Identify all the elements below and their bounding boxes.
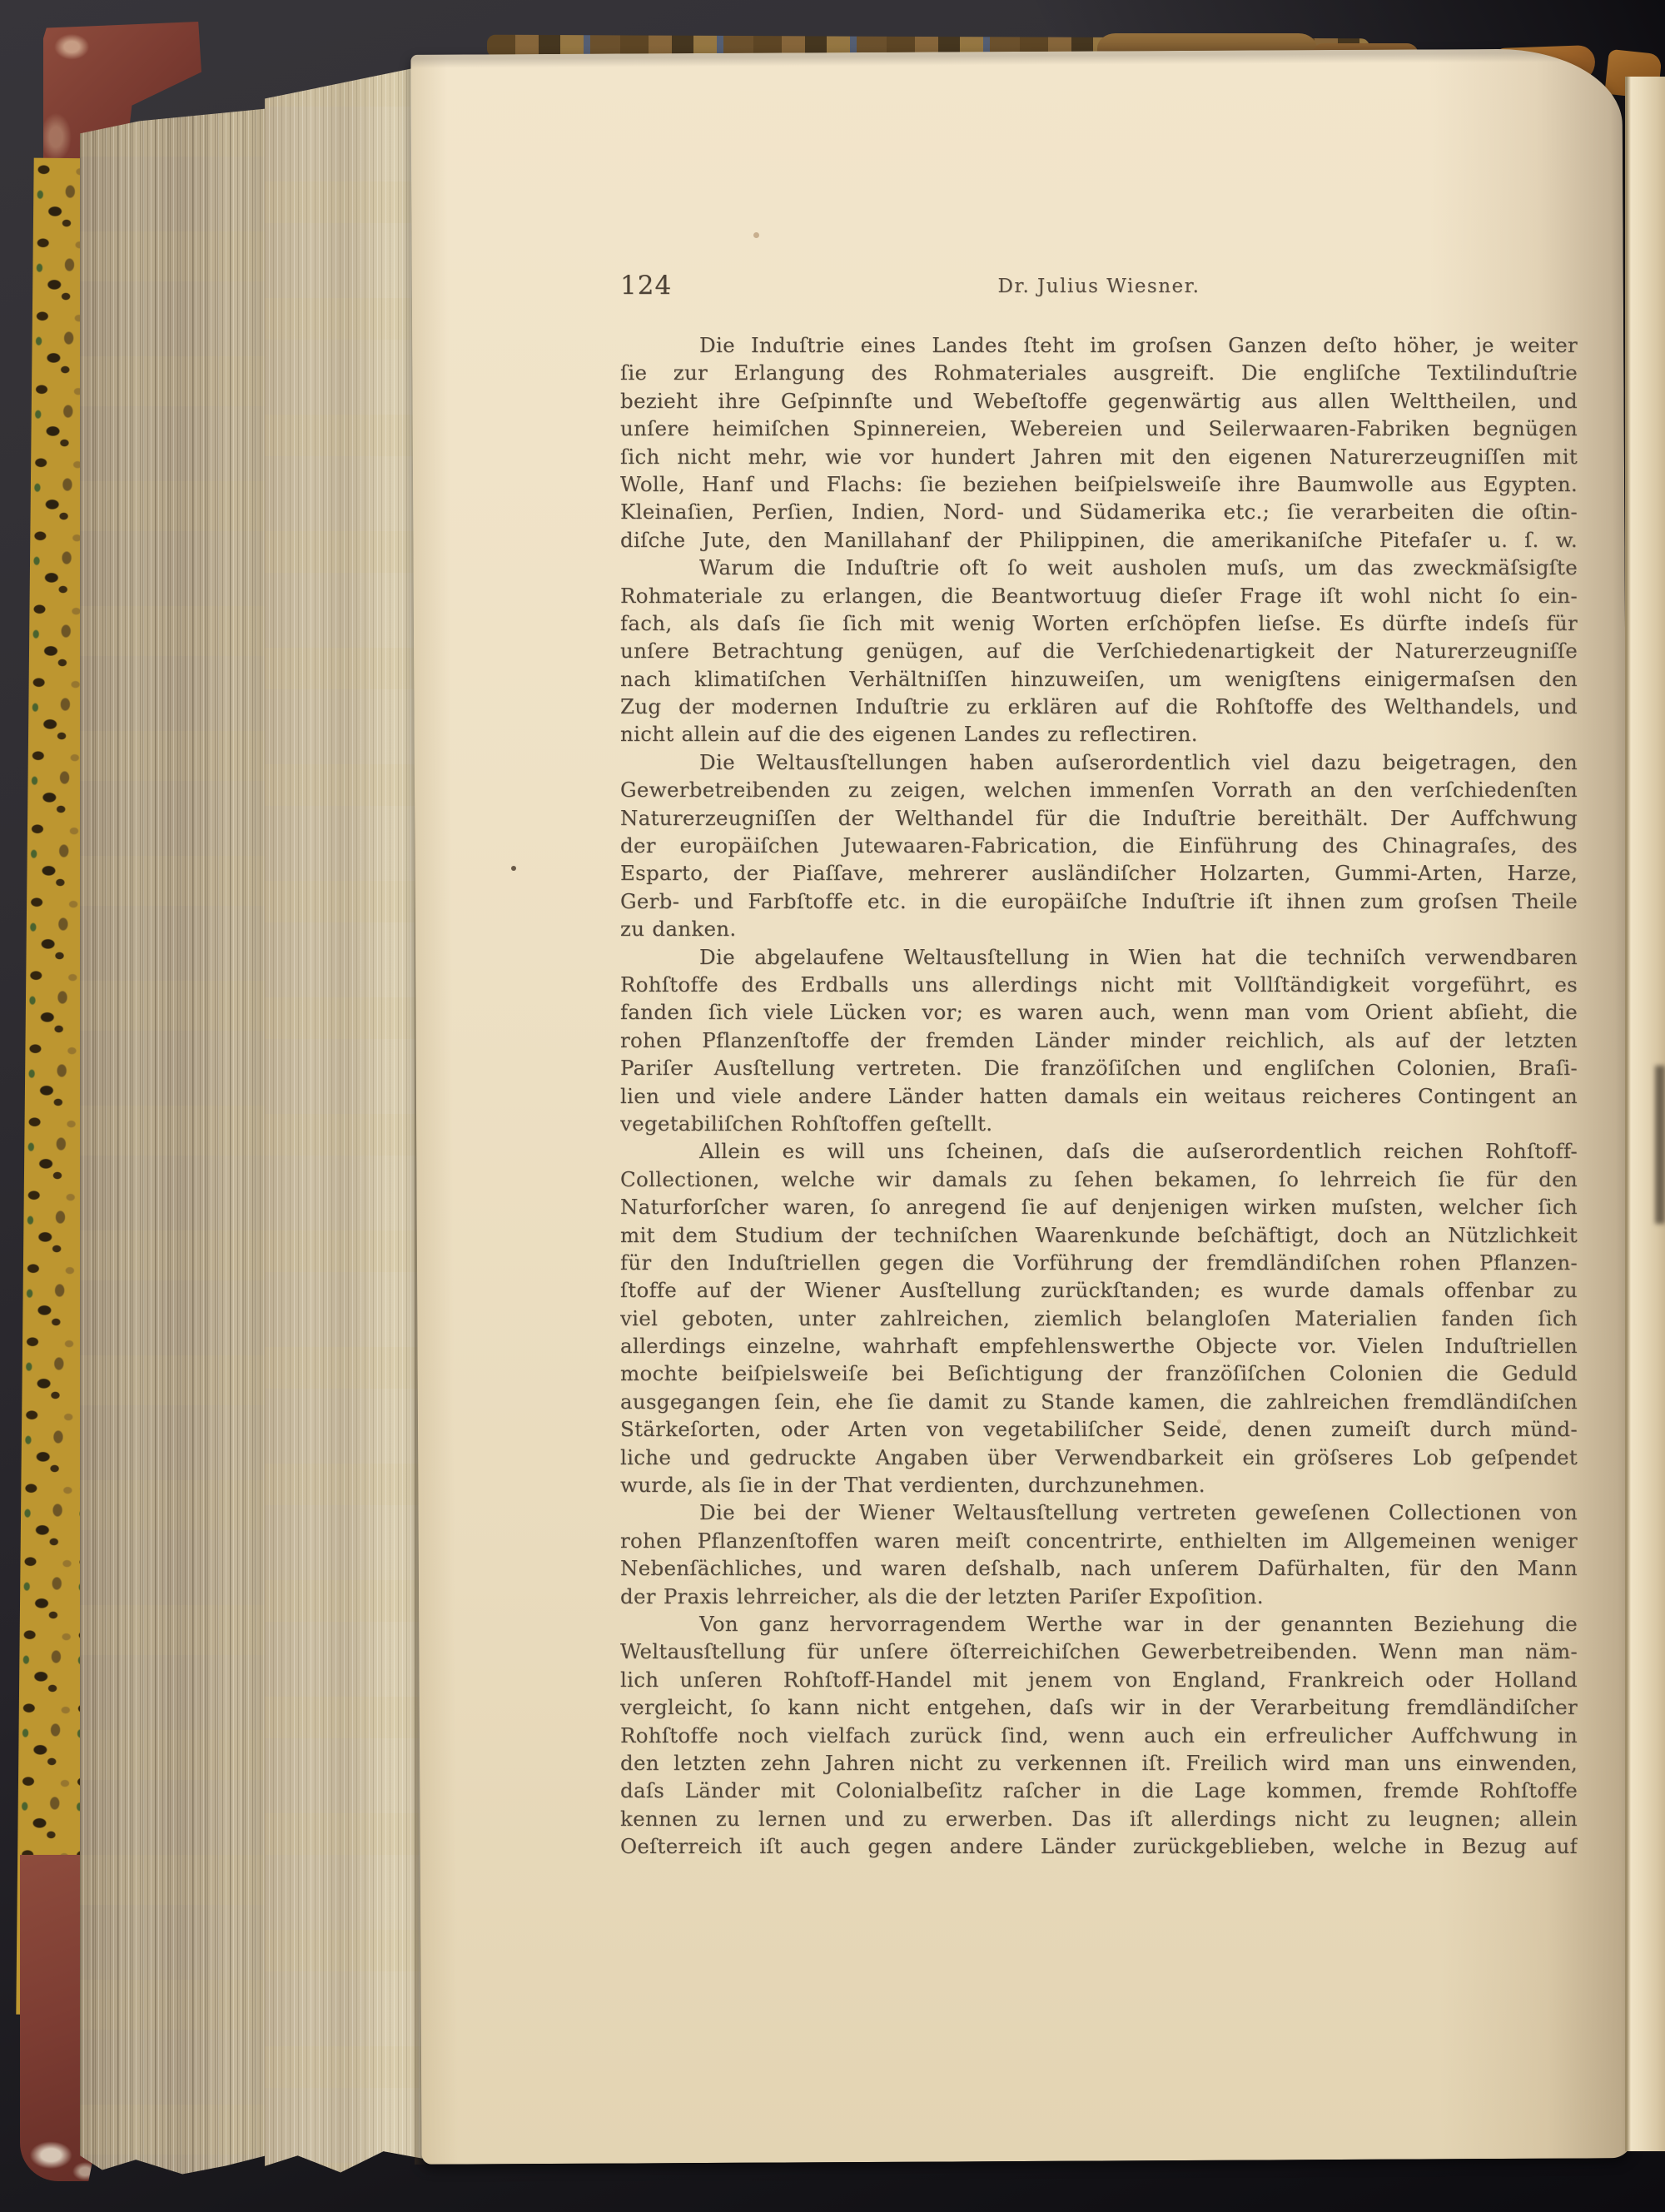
text-line: Zug der modernen Induſtrie zu erklären a… [620,693,1578,720]
text-line: Collectionen, welche wir damals zu ſehen… [620,1166,1578,1193]
text-line: Esparto, der Piaſſave, mehrerer ausländi… [620,859,1578,887]
text-line: viel geboten, unter zahlreichen, ziemlic… [620,1305,1578,1332]
page-block-edge-inner [265,65,430,2175]
text-line: Rohmateriale zu erlangen, die Beantwortu… [620,582,1578,609]
text-line: Nebenſächliches, und waren deſshalb, nac… [620,1554,1578,1582]
text-line: wurde, als ſie in der That verdienten, d… [620,1471,1578,1499]
text-line: kennen zu lernen und zu erwerben. Das iſ… [620,1805,1578,1832]
body-text: Die Induſtrie eines Landes ſteht im groſ… [620,331,1578,1860]
text-line: zu danken. [620,915,1578,942]
paragraph: Die bei der Wiener Weltausſtellung vertr… [620,1499,1578,1610]
text-line: Gewerbetreibenden zu zeigen, welchen imm… [620,776,1578,803]
text-line: rohen Pflanzenſtoffe der fremden Länder … [620,1026,1578,1054]
text-line: diſche Jute, den Manillahanf der Philipp… [620,526,1578,554]
text-line: lien und viele andere Länder hatten dama… [620,1082,1578,1110]
paragraph: Von ganz hervorragendem Werthe war in de… [620,1610,1578,1861]
text-line: der europäiſchen Jutewaaren-Fabrication,… [620,832,1578,859]
foxing-speck [511,866,516,871]
running-header: Dr. Julius Wiesner. [620,276,1578,297]
text-line: daſs Länder mit Colonialbeſitz raſcher i… [620,1777,1578,1804]
text-line: Weltausſtellung für unſere öſterreichiſc… [620,1638,1578,1665]
text-line: den letzten zehn Jahren nicht zu verkenn… [620,1749,1578,1777]
foxing-speck [753,232,759,238]
text-line: Rohſtoffe des Erdballs uns allerdings ni… [620,971,1578,998]
text-line: Die Induſtrie eines Landes ſteht im groſ… [620,331,1578,359]
text-line: bezieht ihre Geſpinnſte und Webeſtoffe g… [620,387,1578,415]
text-line: unſere Betrachtung genügen, auf die Verſ… [620,637,1578,664]
paragraph: Die Induſtrie eines Landes ſteht im groſ… [620,331,1578,554]
text-line: ſie zur Erlangung des Rohmateriales ausg… [620,359,1578,386]
text-line: der Praxis lehrreicher, als die der letz… [620,1583,1578,1610]
paragraph: Allein es will uns ſcheinen, daſs die au… [620,1137,1578,1499]
text-line: mit dem Studium der techniſchen Waarenku… [620,1221,1578,1249]
text-line: Pariſer Ausſtellung vertreten. Die franz… [620,1054,1578,1081]
text-line: Kleinaſien, Perſien, Indien, Nord- und S… [620,498,1578,525]
text-line: Stärkeſorten, oder Arten von vegetabiliſ… [620,1415,1578,1443]
text-line: allerdings einzelne, wahrhaft empfehlens… [620,1332,1578,1360]
text-line: Oeſterreich iſt auch gegen andere Länder… [620,1832,1578,1860]
text-line: Gerb- und Farbſtoffe etc. in die europäi… [620,887,1578,915]
text-line: fanden ſich viele Lücken vor; es waren a… [620,998,1578,1026]
text-line: Rohſtoffe noch vielfach zurück ſind, wen… [620,1722,1578,1749]
text-line: lich unſeren Rohſtoff-Handel mit jenem v… [620,1666,1578,1693]
page-header: 124 Dr. Julius Wiesner. [620,271,1578,299]
text-line: fach, als daſs ſie ſich mit wenig Worten… [620,609,1578,637]
shadow-smudge [1655,1066,1665,1224]
text-line: ſich nicht mehr, wie vor hundert Jahren … [620,443,1578,470]
page-block-edge-outer [80,107,266,2176]
text-line: für den Induſtriellen gegen die Vorführu… [620,1249,1578,1276]
printed-page-text: 124 Dr. Julius Wiesner. Die Induſtrie ei… [620,271,1578,1860]
book-scan-photo: 124 Dr. Julius Wiesner. Die Induſtrie ei… [0,0,1665,2212]
text-line: mochte beiſpielsweiſe bei Beſichtigung d… [620,1360,1578,1387]
text-line: vegetabiliſchen Rohſtoffen geſtellt. [620,1110,1578,1137]
text-line: Allein es will uns ſcheinen, daſs die au… [620,1137,1578,1165]
paragraph: Warum die Induſtrie oft ſo weit ausholen… [620,554,1578,748]
text-line: Warum die Induſtrie oft ſo weit ausholen… [620,554,1578,581]
text-line: Von ganz hervorragendem Werthe war in de… [620,1610,1578,1638]
text-line: Die abgelaufene Weltausſtellung in Wien … [620,943,1578,971]
text-line: Die bei der Wiener Weltausſtellung vertr… [620,1499,1578,1526]
text-line: vergleicht, ſo kann nicht entgehen, daſs… [620,1693,1578,1721]
text-line: nach klimatiſchen Verhältniſſen hinzuwei… [620,665,1578,693]
text-line: liche und gedruckte Angaben über Verwend… [620,1444,1578,1471]
text-line: Naturerzeugniſſen der Welthandel für die… [620,804,1578,832]
text-line: nicht allein auf die des eigenen Landes … [620,720,1578,748]
paragraph: Die Weltausſtellungen haben auſserordent… [620,748,1578,943]
text-line: ausgegangen ſein, ehe ſie damit zu Stand… [620,1388,1578,1415]
text-line: unſere heimiſchen Spinnereien, Webereien… [620,415,1578,442]
text-line: rohen Pflanzenſtoffen waren meiſt concen… [620,1527,1578,1554]
paragraph: Die abgelaufene Weltausſtellung in Wien … [620,943,1578,1138]
text-line: Wolle, Hanf und Flachs: ſie beziehen bei… [620,470,1578,498]
text-line: Die Weltausſtellungen haben auſserordent… [620,748,1578,776]
text-line: Naturforſcher waren, ſo anregend ſie auf… [620,1193,1578,1220]
text-line: ſtoffe auf der Wiener Ausſtellung zurück… [620,1276,1578,1304]
